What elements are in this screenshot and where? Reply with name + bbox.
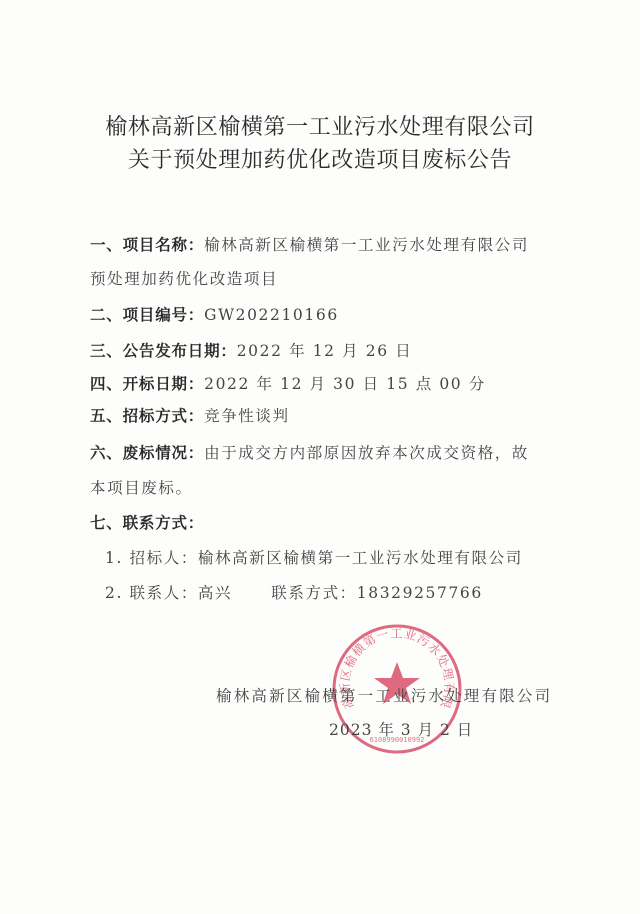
- item-publish-date: 三、公告发布日期：2022 年 12 月 26 日: [90, 339, 412, 361]
- item-label: 二、项目编号：: [90, 306, 204, 324]
- item-contact: 七、联系方式：: [90, 511, 204, 533]
- item-cancel-reason-cont: 本项目废标。: [90, 476, 193, 498]
- title-line-1: 榆林高新区榆横第一工业污水处理有限公司: [0, 110, 640, 141]
- item-project-name: 一、项目名称：榆林高新区榆横第一工业污水处理有限公司: [90, 233, 529, 255]
- item-project-number: 二、项目编号：GW202210166: [90, 303, 339, 325]
- item-value: 2022 年 12 月 26 日: [237, 342, 413, 360]
- item-bid-method: 五、招标方式：竞争性谈判: [90, 404, 290, 426]
- item-value: 竞争性谈判: [204, 407, 290, 425]
- signature-date: 2023 年 3 月 2 日: [329, 718, 473, 740]
- item-project-name-cont: 预处理加药优化改造项目: [90, 267, 278, 289]
- contact-tenderer: 1. 招标人：榆林高新区榆横第一工业污水处理有限公司: [105, 546, 523, 568]
- contact-person: 2. 联系人：高兴 联系方式：18329257766: [105, 581, 483, 603]
- item-cancel-reason: 六、废标情况：由于成交方内部原因放弃本次成交资格，故: [90, 441, 529, 463]
- item-label: 五、招标方式：: [90, 407, 204, 425]
- item-label: 七、联系方式：: [90, 514, 204, 532]
- item-value: GW202210166: [204, 306, 339, 324]
- item-label: 三、公告发布日期：: [90, 342, 237, 360]
- item-value: 由于成交方内部原因放弃本次成交资格，故: [204, 444, 529, 462]
- item-opening-date: 四、开标日期：2022 年 12 月 30 日 15 点 00 分: [90, 372, 486, 394]
- item-label: 六、废标情况：: [90, 444, 204, 462]
- title-line-2: 关于预处理加药优化改造项目废标公告: [0, 143, 640, 174]
- signature-company: 榆林高新区榆横第一工业污水处理有限公司: [216, 684, 552, 706]
- item-label: 一、项目名称：: [90, 236, 204, 254]
- item-value: 2022 年 12 月 30 日 15 点 00 分: [204, 375, 486, 393]
- item-value: 榆林高新区榆横第一工业污水处理有限公司: [204, 236, 529, 254]
- item-label: 四、开标日期：: [90, 375, 204, 393]
